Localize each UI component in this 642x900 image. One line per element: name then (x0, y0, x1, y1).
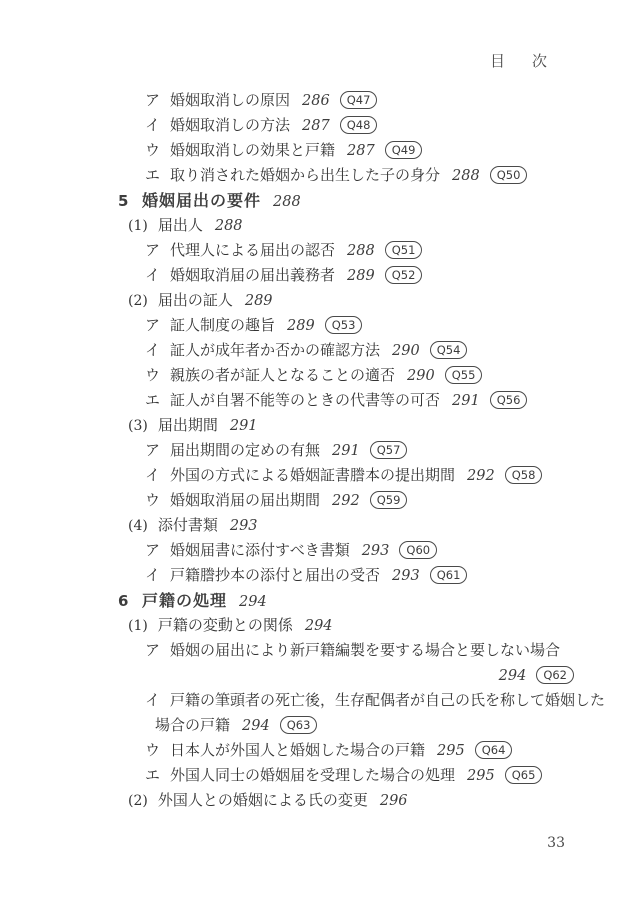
item-label: イ (145, 113, 170, 138)
paren-label: (2) (128, 293, 148, 309)
entry-text: 届出の証人 (158, 291, 233, 309)
item-label: イ (145, 563, 170, 588)
q-number-badge: Q53 (325, 316, 363, 334)
toc-row-continuation: 294Q62 (0, 663, 642, 688)
q-number-badge: Q51 (385, 241, 423, 259)
entry-page-number: 294 (239, 594, 267, 610)
entry-page-number: 287 (302, 118, 330, 134)
item-label: ウ (145, 738, 170, 763)
toc-list: ア婚姻取消しの原因286Q47イ婚姻取消しの方法287Q48ウ婚姻取消しの効果と… (0, 88, 642, 813)
toc-row-paren: (4)添付書類293 (0, 513, 642, 538)
entry-text: 婚姻取消しの方法 (170, 116, 290, 134)
q-number-badge: Q64 (475, 741, 513, 759)
entry-page-number: 287 (347, 143, 375, 159)
entry-text: 届出人 (158, 216, 203, 234)
item-label: イ (145, 463, 170, 488)
q-number-badge: Q49 (385, 141, 423, 159)
q-number-badge: Q65 (505, 766, 543, 784)
entry-page-number: 296 (380, 793, 408, 809)
entry-text: 外国人同士の婚姻届を受理した場合の処理 (170, 766, 455, 784)
toc-row-sub: イ戸籍の筆頭者の死亡後，生存配偶者が自己の氏を称して婚姻した (0, 688, 642, 713)
item-label: イ (145, 688, 170, 713)
entry-page-number: 293 (392, 568, 420, 584)
q-number-badge: Q61 (430, 566, 468, 584)
entry-text: 証人が成年者か否かの確認方法 (170, 341, 380, 359)
q-number-badge: Q48 (340, 116, 378, 134)
toc-row-sub: イ戸籍謄抄本の添付と届出の受否293Q61 (0, 563, 642, 588)
entry-page-number: 294 (242, 718, 270, 734)
toc-row-section: 5婚姻届出の要件288 (0, 188, 642, 213)
paren-label: (2) (128, 793, 148, 809)
q-number-badge: Q47 (340, 91, 378, 109)
q-number-badge: Q57 (370, 441, 408, 459)
entry-page-number: 295 (437, 743, 465, 759)
toc-row-paren: (1)戸籍の変動との関係294 (0, 613, 642, 638)
toc-row-sub: ウ親族の者が証人となることの適否290Q55 (0, 363, 642, 388)
folio-page-number: 33 (547, 835, 565, 851)
entry-text: 戸籍謄抄本の添付と届出の受否 (170, 566, 380, 584)
toc-row-continuation: 場合の戸籍294Q63 (0, 713, 642, 738)
entry-text: 婚姻の届出により新戸籍編製を要する場合と要しない場合 (170, 641, 560, 659)
item-label: エ (145, 388, 170, 413)
toc-row-sub: ウ日本人が外国人と婚姻した場合の戸籍295Q64 (0, 738, 642, 763)
q-number-badge: Q59 (370, 491, 408, 509)
toc-page: 目 次 ア婚姻取消しの原因286Q47イ婚姻取消しの方法287Q48ウ婚姻取消し… (0, 0, 642, 900)
item-label: イ (145, 338, 170, 363)
entry-text: 日本人が外国人と婚姻した場合の戸籍 (170, 741, 425, 759)
entry-text: 取り消された婚姻から出生した子の身分 (170, 166, 440, 184)
page-title: 目 次 (490, 50, 553, 71)
item-label: イ (145, 263, 170, 288)
entry-page-number: 289 (245, 293, 273, 309)
toc-row-sub: ア婚姻の届出により新戸籍編製を要する場合と要しない場合 (0, 638, 642, 663)
entry-text: 戸籍の筆頭者の死亡後，生存配偶者が自己の氏を称して婚姻した (170, 691, 605, 709)
item-label: ア (145, 438, 170, 463)
entry-text: 戸籍の変動との関係 (158, 616, 293, 634)
entry-page-number: 286 (302, 93, 330, 109)
toc-row-paren: (2)届出の証人289 (0, 288, 642, 313)
item-label: ア (145, 538, 170, 563)
entry-page-number: 291 (452, 393, 480, 409)
entry-page-number: 288 (452, 168, 480, 184)
entry-text: 婚姻取消しの効果と戸籍 (170, 141, 335, 159)
entry-text: 外国の方式による婚姻証書謄本の提出期間 (170, 466, 455, 484)
entry-page-number: 295 (467, 768, 495, 784)
item-label: ウ (145, 138, 170, 163)
entry-page-number: 288 (215, 218, 243, 234)
entry-page-number: 291 (230, 418, 258, 434)
entry-page-number: 289 (287, 318, 315, 334)
toc-row-sub: ア届出期間の定めの有無291Q57 (0, 438, 642, 463)
toc-row-section: 6戸籍の処理294 (0, 588, 642, 613)
entry-page-number: 289 (347, 268, 375, 284)
entry-page-number: 291 (332, 443, 360, 459)
toc-row-paren: (2)外国人との婚姻による氏の変更296 (0, 788, 642, 813)
entry-page-number: 293 (230, 518, 258, 534)
item-label: エ (145, 763, 170, 788)
paren-label: (3) (128, 418, 148, 434)
paren-label: (4) (128, 518, 148, 534)
toc-row-sub: イ証人が成年者か否かの確認方法290Q54 (0, 338, 642, 363)
toc-row-paren: (1)届出人288 (0, 213, 642, 238)
section-number: 6 (118, 589, 142, 614)
paren-label: (1) (128, 618, 148, 634)
entry-page-number: 292 (332, 493, 360, 509)
entry-text: 届出期間 (158, 416, 218, 434)
q-number-badge: Q62 (536, 666, 574, 684)
section-title: 婚姻届出の要件 (142, 191, 261, 210)
item-label: ウ (145, 363, 170, 388)
entry-text: 外国人との婚姻による氏の変更 (158, 791, 368, 809)
entry-text: 代理人による届出の認否 (170, 241, 335, 259)
entry-text-line2: 場合の戸籍 (155, 716, 230, 734)
toc-row-sub: エ取り消された婚姻から出生した子の身分288Q50 (0, 163, 642, 188)
q-number-badge: Q54 (430, 341, 468, 359)
item-label: エ (145, 163, 170, 188)
entry-text: 届出期間の定めの有無 (170, 441, 320, 459)
entry-text: 親族の者が証人となることの適否 (170, 366, 395, 384)
entry-text: 添付書類 (158, 516, 218, 534)
entry-page-number: 294 (305, 618, 333, 634)
toc-row-sub: ウ婚姻取消しの効果と戸籍287Q49 (0, 138, 642, 163)
entry-text: 証人制度の趣旨 (170, 316, 275, 334)
entry-text: 婚姻届書に添付すべき書類 (170, 541, 350, 559)
toc-row-sub: イ婚姻取消しの方法287Q48 (0, 113, 642, 138)
q-number-badge: Q56 (490, 391, 528, 409)
toc-row-paren: (3)届出期間291 (0, 413, 642, 438)
item-label: ウ (145, 488, 170, 513)
entry-text: 婚姻取消しの原因 (170, 91, 290, 109)
entry-page-number: 290 (407, 368, 435, 384)
entry-page-number: 294 (499, 668, 527, 684)
q-number-badge: Q58 (505, 466, 543, 484)
entry-text: 証人が自署不能等のときの代書等の可否 (170, 391, 440, 409)
paren-label: (1) (128, 218, 148, 234)
entry-page-number: 292 (467, 468, 495, 484)
toc-row-sub: ウ婚姻取消届の届出期間292Q59 (0, 488, 642, 513)
q-number-badge: Q63 (280, 716, 318, 734)
toc-row-sub: ア婚姻取消しの原因286Q47 (0, 88, 642, 113)
item-label: ア (145, 313, 170, 338)
section-number: 5 (118, 189, 142, 214)
entry-text: 婚姻取消届の届出義務者 (170, 266, 335, 284)
toc-row-sub: エ証人が自署不能等のときの代書等の可否291Q56 (0, 388, 642, 413)
item-label: ア (145, 638, 170, 663)
toc-row-sub: イ外国の方式による婚姻証書謄本の提出期間292Q58 (0, 463, 642, 488)
toc-row-sub: イ婚姻取消届の届出義務者289Q52 (0, 263, 642, 288)
entry-page-number: 290 (392, 343, 420, 359)
q-number-badge: Q52 (385, 266, 423, 284)
entry-page-number: 288 (347, 243, 375, 259)
q-number-badge: Q50 (490, 166, 528, 184)
q-number-badge: Q55 (445, 366, 483, 384)
entry-page-number: 293 (362, 543, 390, 559)
section-title: 戸籍の処理 (142, 591, 227, 610)
toc-row-sub: ア証人制度の趣旨289Q53 (0, 313, 642, 338)
toc-row-sub: ア婚姻届書に添付すべき書類293Q60 (0, 538, 642, 563)
item-label: ア (145, 88, 170, 113)
entry-page-number: 288 (273, 194, 301, 210)
toc-row-sub: ア代理人による届出の認否288Q51 (0, 238, 642, 263)
toc-row-sub: エ外国人同士の婚姻届を受理した場合の処理295Q65 (0, 763, 642, 788)
entry-text: 婚姻取消届の届出期間 (170, 491, 320, 509)
q-number-badge: Q60 (399, 541, 437, 559)
item-label: ア (145, 238, 170, 263)
